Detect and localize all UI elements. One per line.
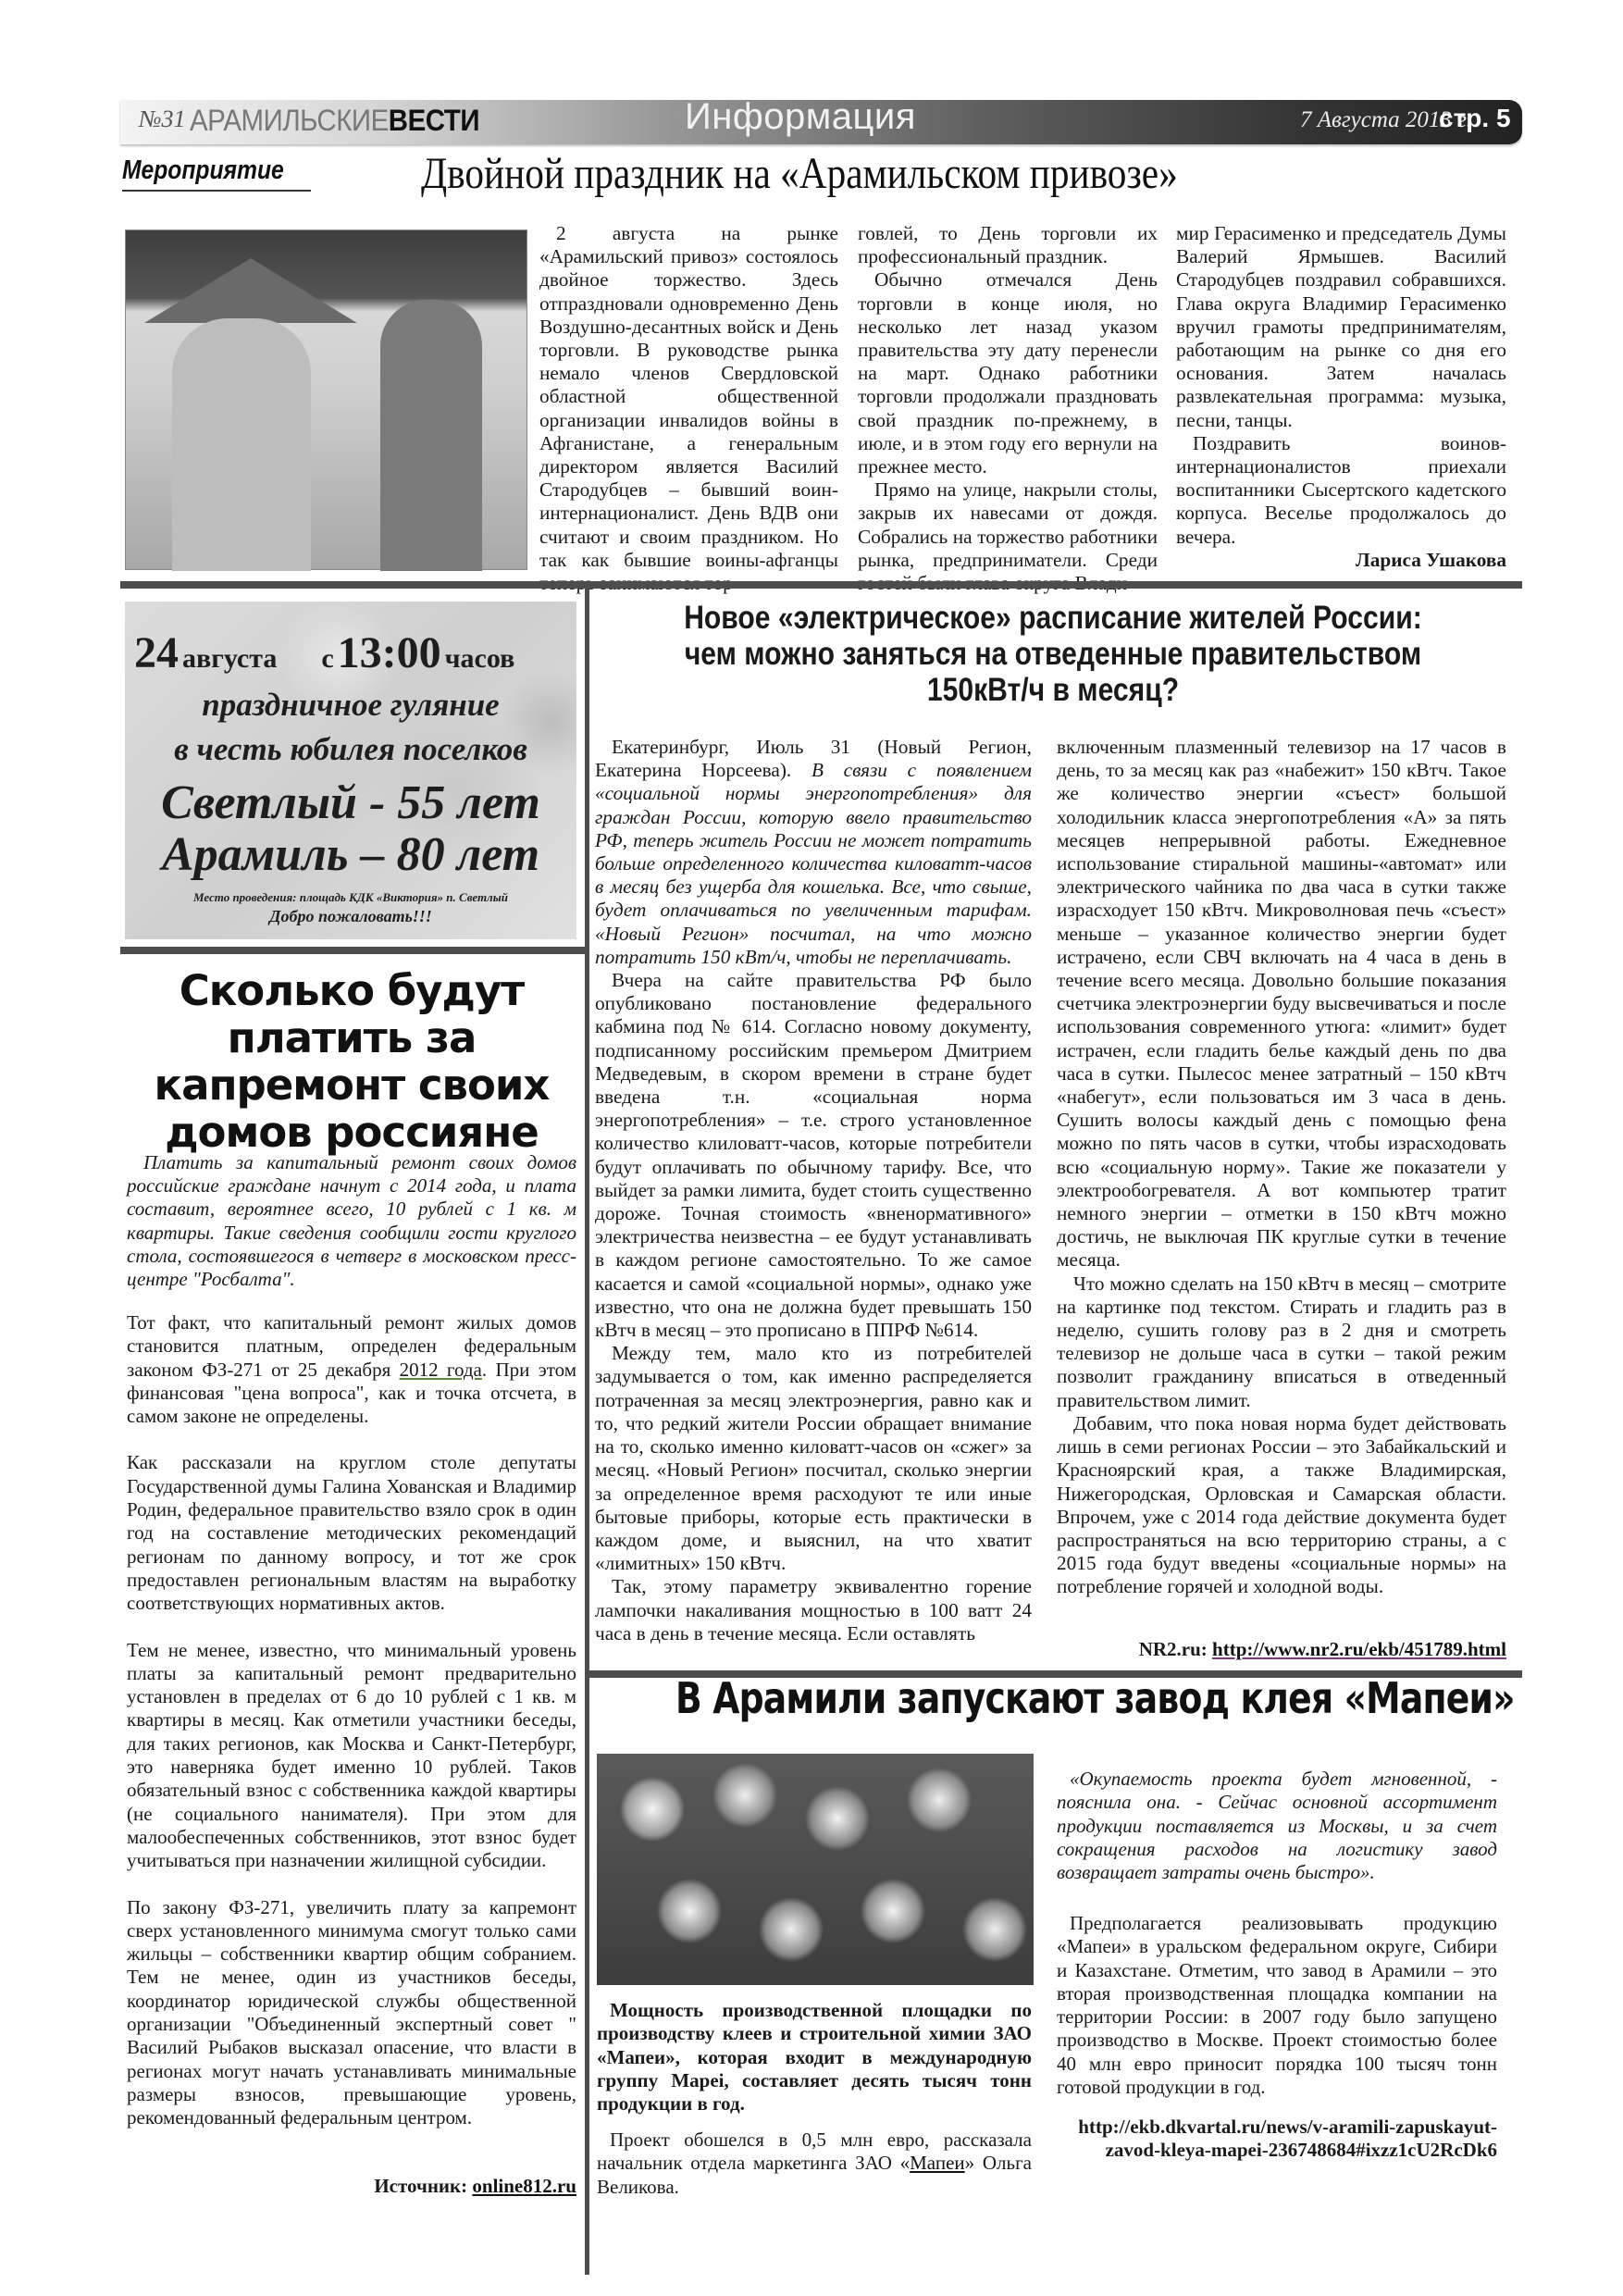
ad-welcome: Добро пожаловать!!! [125, 907, 576, 926]
article1-column-1: 2 августа на рынке «Арамильский привоз» … [539, 222, 838, 595]
ad-datetime: 24 августа с 13:00 часов [134, 627, 569, 678]
photo-person-right [380, 300, 482, 571]
article2-body: Тот факт, что капитальный ремонт жилых д… [127, 1311, 576, 2153]
divider-horizontal [120, 581, 1522, 589]
photo-person-left [172, 318, 311, 571]
divider-vertical [585, 581, 589, 2275]
ad-line: в честь юбилея поселков [125, 731, 576, 768]
paragraph: Тем не менее, известно, что минимальный … [127, 1639, 576, 1873]
paragraph: Тот факт, что капитальный ремонт жилых д… [127, 1311, 576, 1428]
issue-number: №31 [139, 105, 186, 133]
ad-line: праздничное гуляние [125, 687, 576, 724]
paragraph: Обычно отмечался День торговли в конце и… [858, 268, 1158, 478]
author-signature: Лариса Ушакова [1176, 549, 1506, 572]
section-title: Информация [685, 96, 916, 138]
article1-photo [125, 230, 527, 570]
article3-title: Новое «электрическое» расписание жителей… [663, 600, 1443, 708]
paragraph: 2 августа на рынке «Арамильский привоз» … [539, 222, 838, 595]
ad-jubilee-svetly: Светлый - 55 лет [125, 776, 576, 830]
paragraph: Между тем, мало кто из потребителей заду… [595, 1342, 1032, 1575]
photo-roof-shape [144, 258, 357, 323]
paragraph: Добавим, что пока новая норма будет дейс… [1057, 1412, 1506, 1599]
rubric-label: Мероприятие [122, 155, 311, 192]
article4-title: В Арамили запускают завод клея «Мапеи» [675, 1673, 1434, 1723]
paragraph: Вчера на сайте правительства РФ было опу… [595, 969, 1032, 1342]
photo-caption: Мощность производственной площадки по пр… [597, 1999, 1032, 2116]
paragraph: Поздравить воинов-интернационалистов при… [1176, 432, 1506, 549]
event-advertisement: 24 августа с 13:00 часов праздничное гул… [125, 602, 576, 939]
quote: «Окупаемость проекта будет мгновенной, -… [1057, 1768, 1497, 1884]
ad-jubilee-aramil: Арамиль – 80 лет [125, 827, 576, 882]
source-link[interactable]: online812.ru [472, 2175, 576, 2197]
paper-name: АРАМИЛЬСКИЕВЕСТИ [190, 104, 479, 138]
article3-column-1: Екатеринбург, Июль 31 (Новый Регион, Ека… [595, 736, 1032, 1645]
article1-title: Двойной праздник на «Арамильском привозе… [421, 148, 1178, 199]
paper-name-bold: ВЕСТИ [389, 104, 479, 137]
article3-column-2: включенным плазменный телевизор на 17 ча… [1057, 736, 1506, 1599]
article2-lead: Платить за капитальный ремонт своих домо… [127, 1151, 576, 1291]
article4-photo [597, 1754, 1034, 1985]
paper-name-light: АРАМИЛЬСКИЕ [190, 104, 389, 137]
paragraph: мир Герасименко и председатель Думы Вале… [1176, 222, 1506, 432]
page-number: стр. 5 [1439, 104, 1511, 133]
divider-horizontal [120, 947, 588, 954]
ad-venue: Место проведения: площадь КДК «Виктория»… [125, 890, 576, 905]
paragraph: Прямо на улице, накрыли столы, закрыв их… [858, 478, 1158, 595]
article3-source: NR2.ru: http://www.nr2.ru/ekb/451789.htm… [1057, 1638, 1506, 1661]
paragraph-lead: Екатеринбург, Июль 31 (Новый Регион, Ека… [595, 736, 1032, 969]
paragraph: По закону ФЗ-271, увеличить плату за кап… [127, 1896, 576, 2130]
mapei-link[interactable]: Мапеи [910, 2152, 965, 2174]
article4-source-link[interactable]: http://ekb.dkvartal.ru/news/v-aramili-za… [1057, 2116, 1497, 2163]
paragraph: включенным плазменный телевизор на 17 ча… [1057, 736, 1506, 1272]
article1-column-2: говлей, то День торговли их профессионал… [858, 222, 1158, 595]
article2-title: Сколько будут платить за капремонт своих… [125, 967, 578, 1156]
paragraph: Как рассказали на круглом столе депутаты… [127, 1451, 576, 1615]
paragraph: Проект обошелся в 0,5 млн евро, рассказа… [597, 2128, 1032, 2199]
paragraph: Что можно сделать на 150 кВтч в месяц – … [1057, 1272, 1506, 1412]
paragraph: Предполагается реализовывать продукцию «… [1057, 1912, 1497, 2099]
article1-column-3: мир Герасименко и председатель Думы Вале… [1176, 222, 1506, 572]
article2-source: Источник: online812.ru [127, 2175, 576, 2198]
date-link[interactable]: 2012 года [400, 1359, 482, 1381]
paragraph: Так, этому параметру эквивалентно горени… [595, 1575, 1032, 1645]
source-link[interactable]: http://www.nr2.ru/ekb/451789.html [1212, 1638, 1506, 1660]
paragraph: говлей, то День торговли их профессионал… [858, 222, 1158, 268]
